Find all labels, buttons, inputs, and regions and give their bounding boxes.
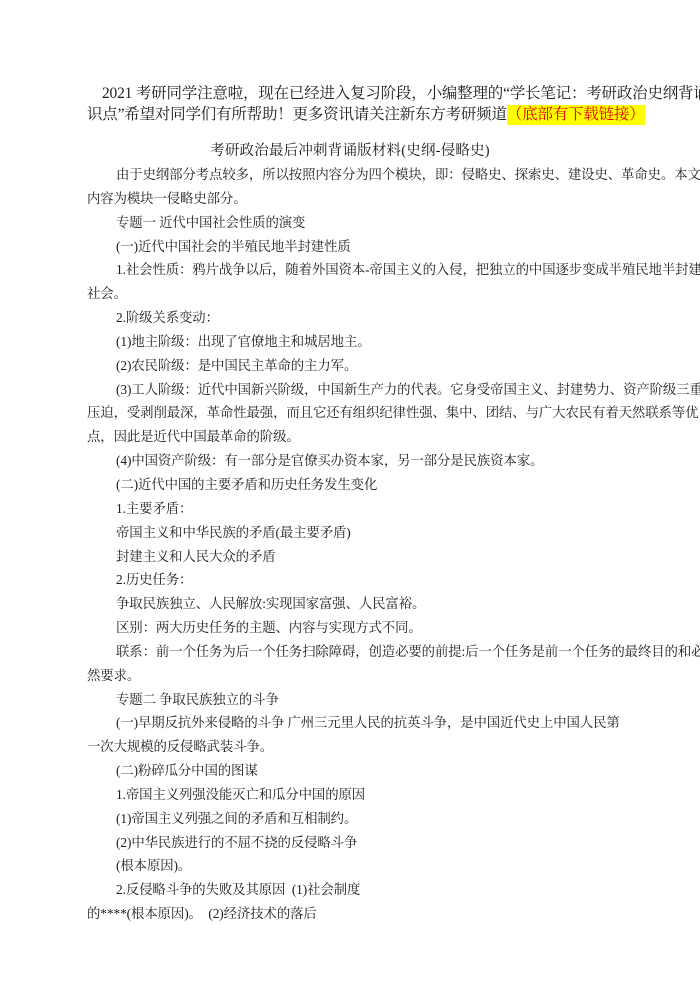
text-line: 1.帝国主义列强没能灭亡和瓜分中国的原因 <box>87 783 687 807</box>
text-line: 2021 考研同学注意啦，现在已经进入复习阶段，小编整理的“学长笔记：考研政治史… <box>87 84 699 105</box>
intro-paragraph: 2021 考研同学注意啦，现在已经进入复习阶段，小编整理的“学长笔记：考研政治史… <box>87 84 699 125</box>
text-line: (2)中华民族进行的不屈不挠的反侵略斗争 <box>87 831 687 855</box>
text-line: 点，因此是近代中国最革命的阶级。 <box>87 425 687 449</box>
text-line: 识点”希望对同学们有所帮助！更多资讯请关注新东方考研频道（底部有下载链接） <box>87 105 699 126</box>
document-title: 考研政治最后冲刺背诵版材料(史纲-侵略史) <box>0 139 700 160</box>
text-line: 专题一 近代中国社会性质的演变 <box>87 211 687 235</box>
text-line: 2.阶级关系变动： <box>87 306 687 330</box>
text-line: (一)近代中国社会的半殖民地半封建性质 <box>87 235 687 259</box>
text-line: 联系：前一个任务为后一个任务扫除障碍，创造必要的前提:后一个任务是前一个任务的最… <box>87 640 687 664</box>
document-page: 2021 考研同学注意啦，现在已经进入复习阶段，小编整理的“学长笔记：考研政治史… <box>0 0 700 989</box>
highlighted-note: （底部有下载链接） <box>507 105 645 125</box>
text-line: 由于史纲部分考点较多，所以按照内容分为四个模块，即：侵略史、探索史、建设史、革命… <box>87 163 687 187</box>
text-line: (1)帝国主义列强之间的矛盾和互相制约。 <box>87 807 687 831</box>
text-line: (二)近代中国的主要矛盾和历史任务发生变化 <box>87 473 687 497</box>
text-line: 2.历史任务： <box>87 568 687 592</box>
text-line: 专题二 争取民族独立的斗争 <box>87 688 687 712</box>
text-line: 内容为模块一侵略史部分。 <box>87 187 687 211</box>
text-segment: 识点”希望对同学们有所帮助！更多资讯请关注新东方考研频道 <box>87 106 507 123</box>
text-line: 1.社会性质：鸦片战争以后，随着外国资本-帝国主义的入侵，把独立的中国逐步变成半… <box>87 258 687 282</box>
text-line: 封建主义和人民大众的矛盾 <box>87 545 687 569</box>
text-line: 区别：两大历史任务的主题、内容与实现方式不同。 <box>87 616 687 640</box>
text-line: (二)粉碎瓜分中国的图谋 <box>87 759 687 783</box>
text-line: 帝国主义和中华民族的矛盾(最主要矛盾) <box>87 521 687 545</box>
text-segment: 2021 考研同学注意啦，现在已经进入复习阶段，小编整理的“学长笔记：考研政治史… <box>102 85 700 102</box>
text-line: (1)地主阶级：出现了官僚地主和城居地主。 <box>87 330 687 354</box>
text-line: (根本原因)。 <box>87 854 687 878</box>
document-body: 由于史纲部分考点较多，所以按照内容分为四个模块，即：侵略史、探索史、建设史、革命… <box>87 163 687 926</box>
text-line: 然要求。 <box>87 664 687 688</box>
text-line: 争取民族独立、人民解放:实现国家富强、人民富裕。 <box>87 592 687 616</box>
text-line: (2)农民阶级：是中国民主革命的主力军。 <box>87 354 687 378</box>
text-line: 压迫，受剥削最深，革命性最强，而且它还有组织纪律性强、集中、团结、与广大农民有着… <box>87 401 687 425</box>
text-line: 一次大规模的反侵略武装斗争。 <box>87 735 687 759</box>
text-line: 2.反侵略斗争的失败及其原因 (1)社会制度 <box>87 878 687 902</box>
text-line: 社会。 <box>87 282 687 306</box>
text-line: 的****(根本原因)。 (2)经济技术的落后 <box>87 902 687 926</box>
text-line: (一)早期反抗外来侵略的斗争 广州三元里人民的抗英斗争，是中国近代史上中国人民第 <box>87 711 687 735</box>
text-line: (4)中国资产阶级：有一部分是官僚买办资本家，另一部分是民族资本家。 <box>87 449 687 473</box>
text-line: 1.主要矛盾： <box>87 497 687 521</box>
text-line: (3)工人阶级：近代中国新兴阶级，中国新生产力的代表。它身受帝国主义、封建势力、… <box>87 378 687 402</box>
